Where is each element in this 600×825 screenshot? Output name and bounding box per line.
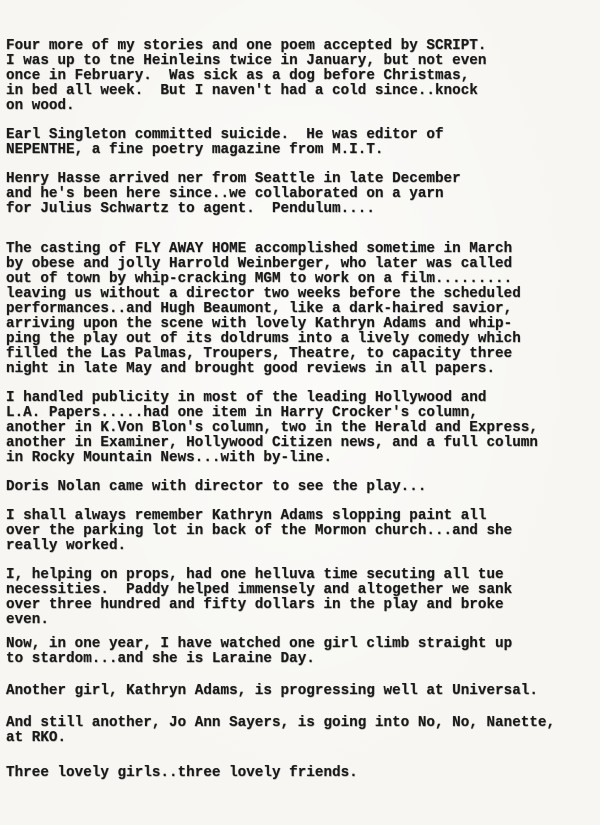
paragraph-props-expenses: I, helping on props, had one helluva tim… — [6, 568, 596, 628]
paragraph-publicity: I handled publicity in most of the leadi… — [6, 391, 596, 466]
paragraph-earl-singleton: Earl Singleton committed suicide. He was… — [6, 128, 596, 158]
paragraph-script-news: Four more of my stories and one poem acc… — [6, 39, 596, 114]
paragraph-laraine-day: Now, in one year, I have watched one gir… — [6, 637, 596, 667]
paragraph-kathryn-adams-paint: I shall always remember Kathryn Adams sl… — [6, 509, 596, 554]
paragraph-three-lovely-girls: Three lovely girls..three lovely friends… — [6, 766, 596, 781]
paragraph-fly-away-home-casting: The casting of FLY AWAY HOME accomplishe… — [6, 242, 596, 377]
paragraph-jo-ann-sayers: And still another, Jo Ann Sayers, is goi… — [6, 716, 596, 746]
paragraph-kathryn-adams-universal: Another girl, Kathryn Adams, is progress… — [6, 684, 596, 699]
paragraph-doris-nolan: Doris Nolan came with director to see th… — [6, 480, 596, 495]
typewritten-letter-page: Four more of my stories and one poem acc… — [0, 0, 600, 825]
paragraph-henry-hasse: Henry Hasse arrived ner from Seattle in … — [6, 172, 596, 217]
